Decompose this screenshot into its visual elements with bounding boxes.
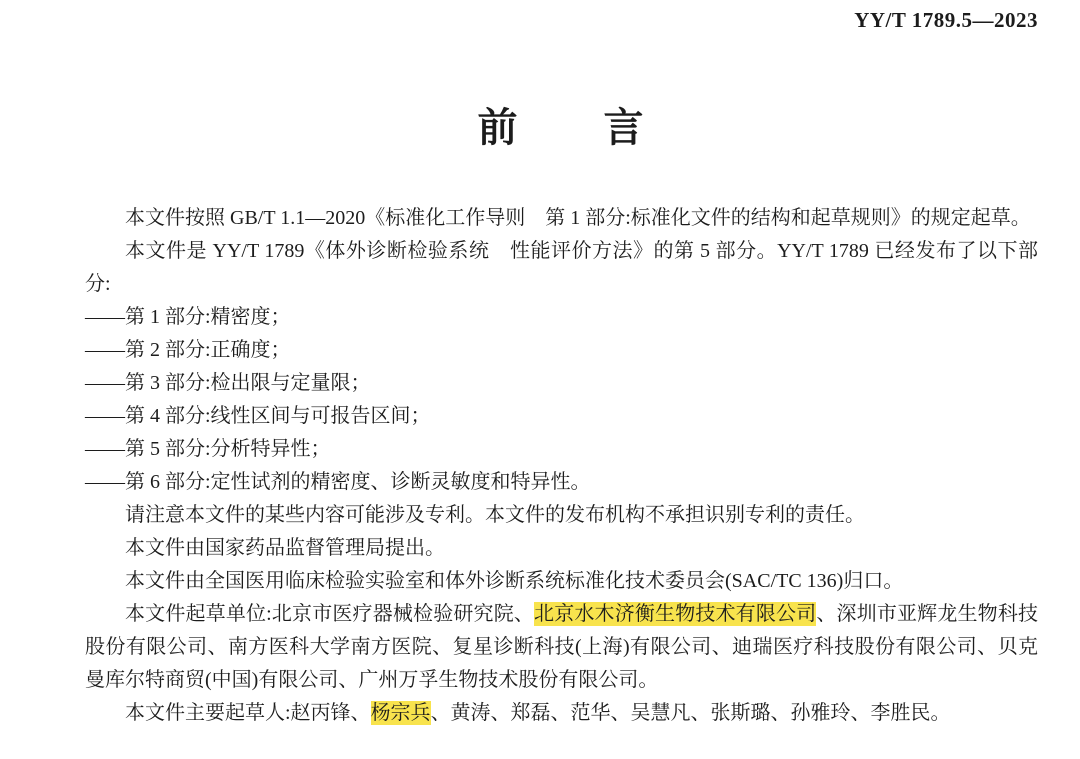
part-list-item-5: ——第 5 部分:分析特异性； [85,433,1038,466]
paragraph-drafting-rules: 本文件按照 GB/T 1.1—2020《标准化工作导则 第 1 部分:标准化文件… [85,202,1038,235]
drafters-suffix: 、黄涛、郑磊、范华、吴慧凡、张斯璐、孙雅玲、李胜民。 [431,702,951,724]
standard-number: YY/T 1789.5—2023 [85,0,1038,32]
foreword-body: 本文件按照 GB/T 1.1—2020《标准化工作导则 第 1 部分:标准化文件… [85,202,1038,730]
highlighted-drafter-name: 杨宗兵 [371,701,431,725]
paragraph-series-intro: 本文件是 YY/T 1789《体外诊断检验系统 性能评价方法》的第 5 部分。Y… [85,235,1038,301]
paragraph-proposed-by: 本文件由国家药品监督管理局提出。 [85,532,1038,565]
drafters-prefix: 本文件主要起草人:赵丙锋、 [125,702,371,724]
paragraph-drafters: 本文件主要起草人:赵丙锋、杨宗兵、黄涛、郑磊、范华、吴慧凡、张斯璐、孙雅玲、李胜… [85,697,1038,730]
drafting-units-prefix: 本文件起草单位:北京市医疗器械检验研究院、 [125,603,534,625]
paragraph-patent-notice: 请注意本文件的某些内容可能涉及专利。本文件的发布机构不承担识别专利的责任。 [85,499,1038,532]
part-list-item-3: ——第 3 部分:检出限与定量限； [85,367,1038,400]
document-page: YY/T 1789.5—2023 前 言 本文件按照 GB/T 1.1—2020… [85,0,1038,730]
part-list-item-4: ——第 4 部分:线性区间与可报告区间； [85,400,1038,433]
paragraph-centralized-by: 本文件由全国医用临床检验实验室和体外诊断系统标准化技术委员会(SAC/TC 13… [85,565,1038,598]
paragraph-drafting-units: 本文件起草单位:北京市医疗器械检验研究院、北京水木济衡生物技术有限公司、深圳市亚… [85,598,1038,697]
part-list-item-1: ——第 1 部分:精密度； [85,301,1038,334]
highlighted-company-name: 北京水木济衡生物技术有限公司 [534,602,816,626]
foreword-title: 前 言 [85,106,1038,150]
part-list-item-2: ——第 2 部分:正确度； [85,334,1038,367]
part-list-item-6: ——第 6 部分:定性试剂的精密度、诊断灵敏度和特异性。 [85,466,1038,499]
